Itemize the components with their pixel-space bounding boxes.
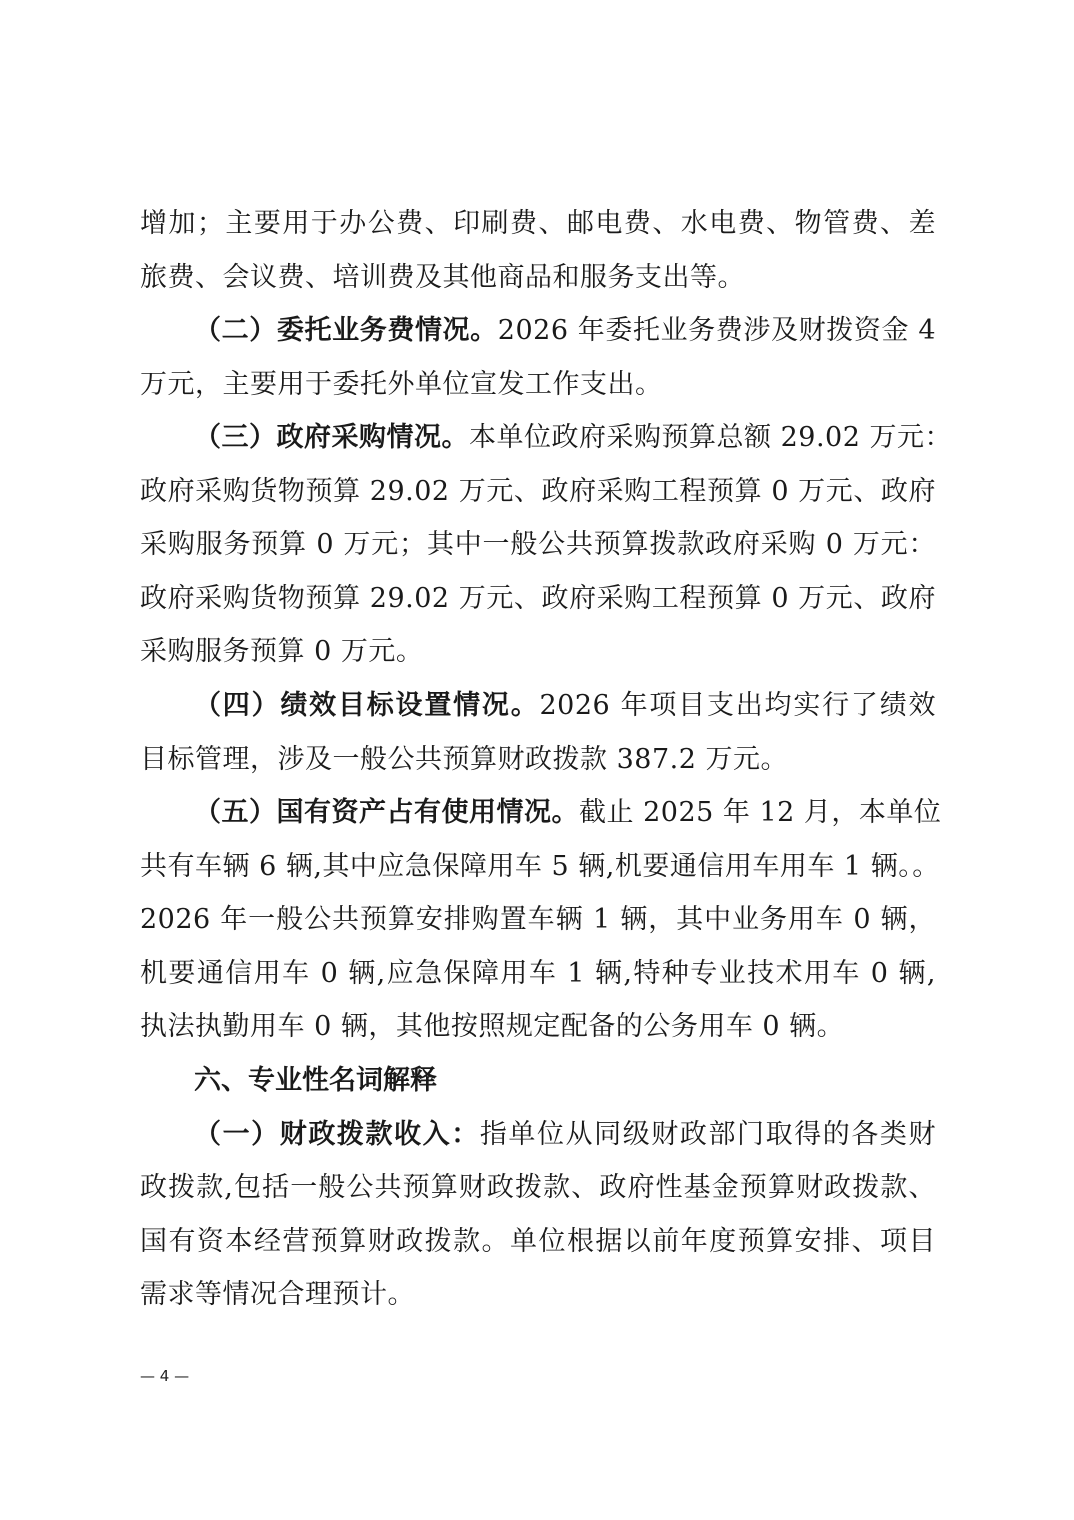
paragraph-line: 机要通信用车 0 辆,应急保障用车 1 辆,特种专业技术用车 0 辆, (140, 954, 936, 994)
subsection-label: （四）绩效目标设置情况。 (194, 690, 540, 721)
term-label: （一）财政拨款收入： (194, 1119, 480, 1150)
paragraph-line-procurement: （三）政府采购情况。本单位政府采购预算总额 29.02 万元： (194, 418, 936, 458)
paragraph-line: 国有资本经营预算财政拨款。单位根据以前年度预算安排、项目 (140, 1222, 936, 1262)
page-number: — 4 — (140, 1366, 189, 1386)
paragraph-line: 万元，主要用于委托外单位宣发工作支出。 (140, 365, 936, 405)
subsection-label: （二）委托业务费情况。 (194, 315, 498, 346)
paragraph-line: 目标管理，涉及一般公共预算财政拨款 387.2 万元。 (140, 740, 936, 780)
paragraph-line-state-assets: （五）国有资产占有使用情况。截止 2025 年 12 月，本单位 (194, 793, 936, 833)
paragraph-line-performance: （四）绩效目标设置情况。2026 年项目支出均实行了绩效 (194, 686, 936, 726)
paragraph-line: 执法执勤用车 0 辆，其他按照规定配备的公务用车 0 辆。 (140, 1007, 936, 1047)
paragraph-line: 政府采购货物预算 29.02 万元、政府采购工程预算 0 万元、政府 (140, 579, 936, 619)
subsection-label: （五）国有资产占有使用情况。 (194, 797, 579, 828)
paragraph-line: 2026 年一般公共预算安排购置车辆 1 辆，其中业务用车 0 辆， (140, 900, 936, 940)
paragraph-line: 共有车辆 6 辆,其中应急保障用车 5 辆,机要通信用车用车 1 辆。。 (140, 847, 936, 887)
document-page: 增加；主要用于办公费、印刷费、邮电费、水电费、物管费、差 旅费、会议费、培训费及… (0, 0, 1074, 1520)
subsection-label: （三）政府采购情况。 (194, 422, 469, 453)
paragraph-line: 旅费、会议费、培训费及其他商品和服务支出等。 (140, 258, 936, 298)
paragraph-line: 政拨款,包括一般公共预算财政拨款、政府性基金预算财政拨款、 (140, 1168, 936, 1208)
paragraph-line: 采购服务预算 0 万元；其中一般公共预算拨款政府采购 0 万元： (140, 525, 936, 565)
paragraph-line: 增加；主要用于办公费、印刷费、邮电费、水电费、物管费、差 (140, 204, 936, 244)
paragraph-line-entrusted-business: （二）委托业务费情况。2026 年委托业务费涉及财拨资金 4 (194, 311, 936, 351)
paragraph-line: 政府采购货物预算 29.02 万元、政府采购工程预算 0 万元、政府 (140, 472, 936, 512)
paragraph-line: 采购服务预算 0 万元。 (140, 632, 936, 672)
section-heading: 六、专业性名词解释 (194, 1061, 437, 1101)
paragraph-line-fiscal-income: （一）财政拨款收入：指单位从同级财政部门取得的各类财 (194, 1115, 936, 1155)
paragraph-line: 需求等情况合理预计。 (140, 1275, 936, 1315)
